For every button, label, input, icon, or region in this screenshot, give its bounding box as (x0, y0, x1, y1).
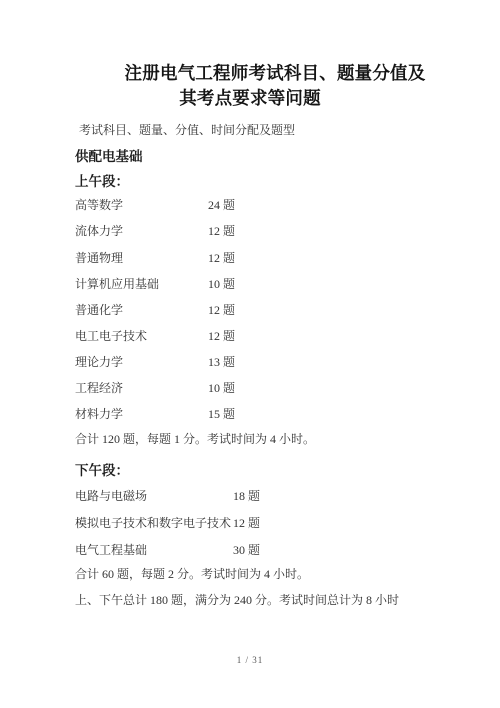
question-count: 12 题 (208, 327, 235, 344)
subject-row: 普通物理 12 题 (75, 249, 235, 266)
subject-name: 电气工程基础 (75, 541, 233, 558)
page-title-line2: 其考点要求等问题 (0, 87, 500, 109)
subject-name: 理论力学 (75, 353, 208, 370)
question-count: 12 题 (208, 249, 235, 266)
subject-name: 电路与电磁场 (75, 487, 233, 504)
subject-row: 高等数学 24 题 (75, 196, 235, 213)
question-count: 12 题 (208, 301, 235, 318)
subject-name: 电工电子技术 (75, 327, 208, 344)
subject-row: 普通化学 12 题 (75, 301, 235, 318)
page-title-line1: 注册电气工程师考试科目、题量分值及 (0, 62, 500, 84)
question-count: 24 题 (208, 196, 235, 213)
question-count: 13 题 (208, 353, 235, 370)
subject-name: 普通物理 (75, 249, 208, 266)
question-count: 10 题 (208, 379, 235, 396)
subject-name: 模拟电子技术和数字电子技术 (75, 514, 233, 531)
subject-name: 普通化学 (75, 301, 208, 318)
subject-name: 工程经济 (75, 379, 208, 396)
subject-row: 理论力学 13 题 (75, 353, 235, 370)
subject-name: 流体力学 (75, 222, 208, 239)
subject-row: 电气工程基础 30 题 (75, 541, 260, 558)
question-count: 18 题 (233, 487, 260, 504)
subject-name: 计算机应用基础 (75, 275, 208, 292)
question-count: 12 题 (233, 514, 260, 531)
morning-summary: 合计 120 题，每题 1 分。考试时间为 4 小时。 (75, 430, 315, 447)
subject-row: 流体力学 12 题 (75, 222, 235, 239)
subject-name: 高等数学 (75, 196, 208, 213)
subject-row: 电路与电磁场 18 题 (75, 487, 260, 504)
afternoon-summary: 合计 60 题，每题 2 分。考试时间为 4 小时。 (75, 565, 309, 582)
subtitle: 考试科目、题量、分值、时间分配及题型 (79, 121, 295, 138)
subject-row: 电工电子技术 12 题 (75, 327, 235, 344)
document-page: 注册电气工程师考试科目、题量分值及 其考点要求等问题 考试科目、题量、分值、时间… (0, 0, 500, 708)
section-heading: 供配电基础 (75, 145, 143, 165)
subject-row: 工程经济 10 题 (75, 379, 235, 396)
question-count: 15 题 (208, 405, 235, 422)
subject-row: 计算机应用基础 10 题 (75, 275, 235, 292)
morning-heading: 上午段： (75, 170, 129, 190)
subject-row: 模拟电子技术和数字电子技术 12 题 (75, 514, 260, 531)
question-count: 12 题 (208, 222, 235, 239)
afternoon-heading: 下午段： (75, 459, 129, 479)
page-number: 1 / 31 (0, 655, 500, 665)
question-count: 10 题 (208, 275, 235, 292)
question-count: 30 题 (233, 541, 260, 558)
grand-total: 上、下午总计 180 题，满分为 240 分。考试时间总计为 8 小时 (75, 591, 399, 608)
subject-name: 材料力学 (75, 405, 208, 422)
subject-row: 材料力学 15 题 (75, 405, 235, 422)
